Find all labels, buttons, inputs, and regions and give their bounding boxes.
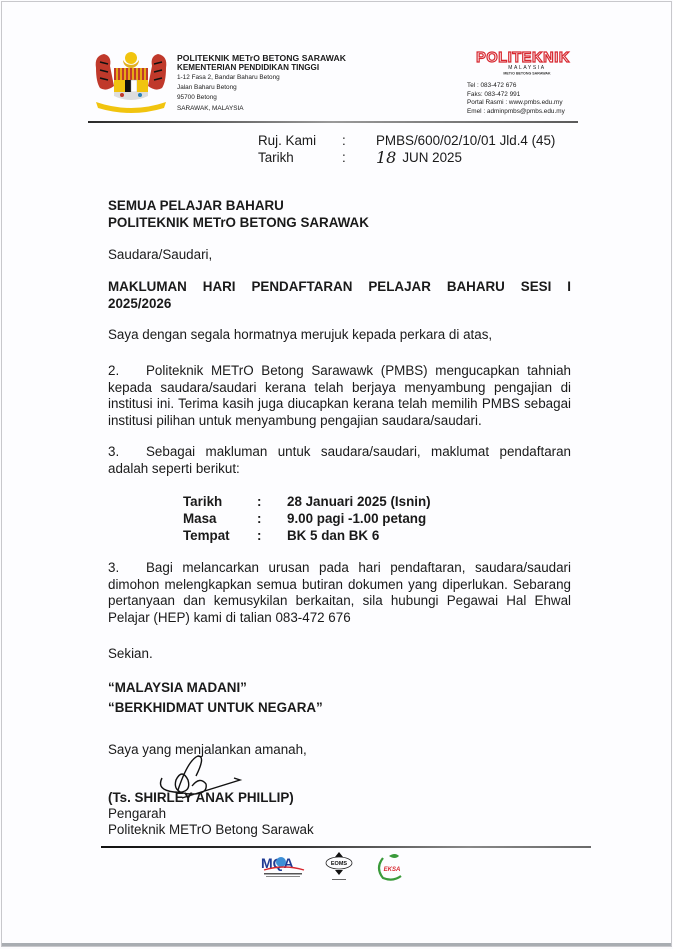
svg-text:EKSA: EKSA [384,867,401,873]
registration-details: Tarikh : 28 Januari 2025 (Isnin) Masa : … [183,493,431,544]
politeknik-logo: POLITEKNIK MALAYSIA METrO BETONG SARAWAK [467,48,579,76]
ref-value: PMBS/600/02/10/01 Jld.4 (45) [376,132,555,149]
ministry-name: KEMENTERIAN PENDIDIKAN TINGGI [177,63,346,73]
institution-name: POLITEKNIK METrO BETONG SARAWAK [177,53,346,63]
letterhead-address-block: POLITEKNIK METrO BETONG SARAWAK KEMENTER… [177,53,346,114]
footer-divider [101,846,591,848]
detail-separator: : [257,510,287,527]
mqa-logo-icon: MQA [260,852,306,880]
paragraph-3: 3.Sebagai makluman untuk saudara/saudari… [108,444,571,477]
subject-line: 2025/2026 [108,296,571,313]
opening-line: Saya dengan segala hormatnya merujuk kep… [108,327,571,344]
phone: Tel : 083-472 676 [467,82,565,91]
eoms-logo-icon: EOMS [324,851,354,885]
page-bottom-edge [2,943,671,946]
address-line: SARAWAK, MALAYSIA [177,104,346,114]
paragraph-2: 2.Politeknik METrO Betong Sarawawk (PMBS… [108,363,571,429]
address-line: 1-12 Fasa 2, Bandar Baharu Betong [177,73,346,83]
paragraph-text: Sebagai makluman untuk saudara/saudari, … [108,444,571,476]
recipient-block: SEMUA PELAJAR BAHARU POLITEKNIK METrO BE… [108,197,571,231]
date-value: JUN 2025 [402,149,462,166]
ref-separator: : [342,132,376,149]
ref-label: Ruj. Kami [258,132,342,149]
detail-value: BK 5 dan BK 6 [287,527,379,544]
signatory-name: (Ts. SHIRLEY ANAK PHILLIP) [108,790,571,807]
detail-row: Tarikh : 28 Januari 2025 (Isnin) [183,493,431,510]
subject: MAKLUMAN HARI PENDAFTARAN PELAJAR BAHARU… [108,279,571,312]
detail-value: 9.00 pagi -1.00 petang [287,510,426,527]
date-label: Tarikh [258,149,342,166]
detail-label: Masa [183,510,257,527]
signatory-org: Politeknik METrO Betong Sarawak [108,822,571,839]
sekian: Sekian. [108,646,571,663]
detail-row: Masa : 9.00 pagi -1.00 petang [183,510,431,527]
letter-page: POLITEKNIK METrO BETONG SARAWAK KEMENTER… [1,1,672,947]
email: Emel : adminpmbs@pmbs.edu.my [467,108,565,117]
svg-text:METrO BETONG SARAWAK: METrO BETONG SARAWAK [503,72,551,76]
svg-text:MALAYSIA: MALAYSIA [508,65,545,71]
paragraph-3b: 3.Bagi melancarkan urusan pada hari pend… [108,560,571,626]
reference-block: Ruj. Kami : PMBS/600/02/10/01 Jld.4 (45)… [258,132,555,166]
paragraph-text: Politeknik METrO Betong Sarawawk (PMBS) … [108,363,571,428]
fax: Faks: 083-472 991 [467,91,565,100]
detail-separator: : [257,527,287,544]
address-line: Jalan Baharu Betong [177,83,346,93]
detail-label: Tempat [183,527,257,544]
salutation: Saudara/Saudari, [108,247,571,264]
motto-malaysia-madani: “MALAYSIA MADANI” [108,680,571,697]
signatory-position: Pengarah [108,806,571,823]
recipient-line: POLITEKNIK METrO BETONG SARAWAK [108,214,571,231]
paragraph-number: 3. [108,560,146,577]
detail-separator: : [257,493,287,510]
header-divider [88,121,578,123]
svg-text:POLITEKNIK: POLITEKNIK [476,50,570,66]
detail-row: Tempat : BK 5 dan BK 6 [183,527,431,544]
svg-text:EOMS: EOMS [331,861,348,867]
address-line: 95700 Betong [177,93,346,103]
detail-value: 28 Januari 2025 (Isnin) [287,493,431,510]
contact-block: Tel : 083-472 676 Faks: 083-472 991 Port… [467,82,565,116]
portal-link: Portal Rasmi : www.pmbs.edu.my [467,99,565,108]
paragraph-text: Bagi melancarkan urusan pada hari pendaf… [108,560,571,625]
paragraph-number: 2. [108,363,146,380]
detail-label: Tarikh [183,493,257,510]
eksa-logo-icon: EKSA [375,852,407,882]
coat-of-arms-icon [92,48,170,114]
paragraph-number: 3. [108,444,146,461]
date-handwritten: 18 [376,149,396,166]
motto-berkhidmat: “BERKHIDMAT UNTUK NEGARA” [108,700,571,717]
date-separator: : [342,149,376,166]
recipient-line: SEMUA PELAJAR BAHARU [108,197,571,214]
subject-line: MAKLUMAN HARI PENDAFTARAN PELAJAR BAHARU… [108,279,571,296]
